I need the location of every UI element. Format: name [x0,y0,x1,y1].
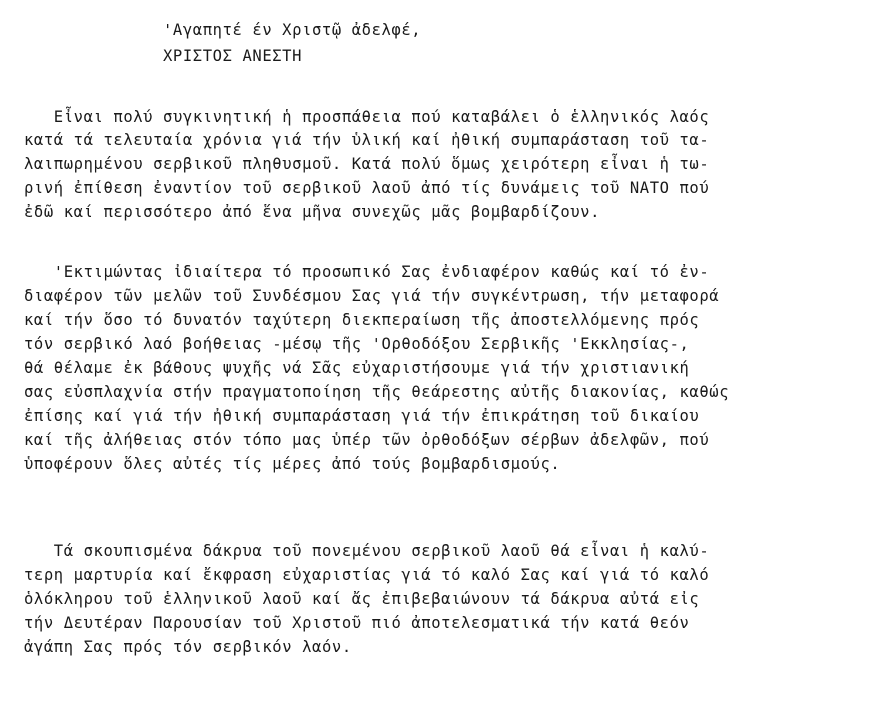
text-line: κατά τά τελευταία χρόνια γιά τήν ὑλική κ… [24,130,709,150]
text-line: σας εὐσπλαχνία στήν πραγματοποίηση τῆς θ… [24,382,729,402]
text-line: τερη μαρτυρία καί ἔκφραση εὐχαριστίας γι… [24,565,709,585]
text-line: καί τήν ὅσο τό δυνατόν ταχύτερη διεκπερα… [24,310,699,330]
text-line: ρινή ἐπίθεση ἐναντίον τοῦ σερβικοῦ λαοῦ … [24,178,709,198]
text-line: τόν σερβικό λαό βοήθειας -μέσῳ τῆς 'Ορθο… [24,334,689,354]
text-line: ὑποφέρουν ὅλες αὐτές τίς μέρες ἀπό τούς … [24,454,560,474]
text-line: 'Εκτιμώντας ἰδιαίτερα τό προσωπικό Σας ἐ… [24,262,709,282]
text-line: Τά σκουπισμένα δάκρυα τοῦ πονεμένου σερβ… [24,541,709,561]
text-line: ἀγάπη Σας πρός τόν σερβικόν λαόν. [24,637,352,657]
text-line: ἐπίσης καί γιά τήν ἠθική συμπαράσταση γι… [24,406,699,426]
text-line: ἐδῶ καί περισσότερο ἀπό ἕνα μῆνα συνεχῶς… [24,202,600,222]
text-line: τήν Δευτέραν Παρουσίαν τοῦ Χριστοῦ πιό ἀ… [24,613,689,633]
text-line: καί τῆς ἀλήθειας στόν τόπο μας ὑπέρ τῶν … [24,430,709,450]
text-line: λαιπωρημένου σερβικοῦ πληθυσμοῦ. Κατά πο… [24,154,709,174]
salutation-greeting: 'Αγαπητέ έν Χριστῷ ἀδελφέ, [163,20,421,40]
text-line: ὁλόκληρου τοῦ ἑλληνικοῦ λαοῦ καί ἄς ἐπιβ… [24,589,699,609]
salutation-heading: ΧΡΙΣΤΟΣ ΑΝΕΣΤΗ [163,46,302,66]
text-line: θά θέλαμε ἐκ βάθους ψυχῆς νά Σᾶς εὐχαρισ… [24,358,689,378]
text-line: Εἶναι πολύ συγκινητική ἡ προσπάθεια πού … [24,107,709,127]
text-line: διαφέρον τῶν μελῶν τοῦ Συνδέσμου Σας γιά… [24,286,719,306]
letter-page: 'Αγαπητέ έν Χριστῷ ἀδελφέ, ΧΡΙΣΤΟΣ ΑΝΕΣΤ… [0,0,875,705]
